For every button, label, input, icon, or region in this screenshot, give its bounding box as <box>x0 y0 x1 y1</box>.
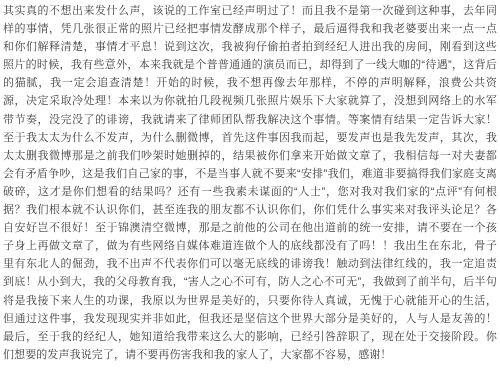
text-line: 会有矛盾争吵，这是我们自己家的事，不是当事人就不要来“安排”我们，难道非要搞得我… <box>3 165 497 183</box>
text-line: 们想要的发声我说完了，请不要再伤害我和我的家人了，大家都不容易，感谢！ <box>3 346 497 364</box>
text-line: 其实真的不想出来发什么声，该说的工作室已经声明过了！而且我不是第一次碰到这种事，… <box>3 2 497 20</box>
text-line: 自安好岂不很好！至于锦澳清空微博，那是之前他的公司在他出道前的统一安排，请不要在… <box>3 219 497 237</box>
text-line: 源，决定采取冷处理！本来以为你就拍几段视频几张照片娱乐下大家就算了，没想到网络上… <box>3 92 497 110</box>
text-line: 到底！从小到大，我的父母教育我，“害人之心不可有，防人之心不可无”，我做到了前半… <box>3 273 497 291</box>
text-line: 将是我接下来人生的功课，我原以为世界是美好的，只要你待人真诚，无愧于心就能开心的… <box>3 292 497 310</box>
text-line: 里有东北人的倔劲，我不出声不代表你们可以毫无底线的诽谤我！触动到法律红线的，我一… <box>3 255 497 273</box>
text-line: 照片的时候，我有些意外，本来我就是个普普通通的演员而已，却得到了一线大咖的“待遇… <box>3 56 497 74</box>
text-line: 破碎，这才是你们想看的结果吗？还有一些我素未谋面的“人士”，您对我对我们家的“点… <box>3 183 497 201</box>
text-line: 太太删我微博那是之前我们吵架时她删掉的，结果被你们拿来开始做文章了，我相信每一对… <box>3 147 497 165</box>
text-line: 的猫腻，我一定会追查清楚！开始的时候，我不想再像去年那样，不停的声明解释，浪费公… <box>3 74 497 92</box>
text-line: 至于我太太为什么不发声，为什么删微博，首先这件事因我而起，要发声也是我先发声，其… <box>3 129 497 147</box>
text-line: 带节奏，没完没了的诽谤，我就请来了律师团队帮我解决这个事情。等案情有结果一定告诉… <box>3 111 497 129</box>
text-line: 子身上再做文章了，做为有些网络自媒体难道连做个人的底线都没有了吗！！我出生在东北… <box>3 237 497 255</box>
statement-document: 其实真的不想出来发什么声，该说的工作室已经声明过了！而且我不是第一次碰到这种事，… <box>0 0 500 364</box>
text-line: 和你们解释清楚，事情才平息！说到这次，我被狗仔偷拍者拍到经纪人进出我的房间，刚看… <box>3 38 497 56</box>
text-line: 最后，至于我的经纪人，她知道给我带来这么大的影响，已经引咎辞职了，现在处于交接阶… <box>3 328 497 346</box>
text-line: 样的事情，凭几张很正常的照片已经把事情发酵成那个样子，最后逼得我和我老婆要出来一… <box>3 20 497 38</box>
text-line: 但通过这件事，我发现现实并非如此，但我还是坚信这个世界大部分是美好的，人与人是友… <box>3 310 497 328</box>
text-line: 据？我们根本就不认识你们，甚至连我的朋友都不认识你们，你们凭什么事实来对我评头论… <box>3 201 497 219</box>
